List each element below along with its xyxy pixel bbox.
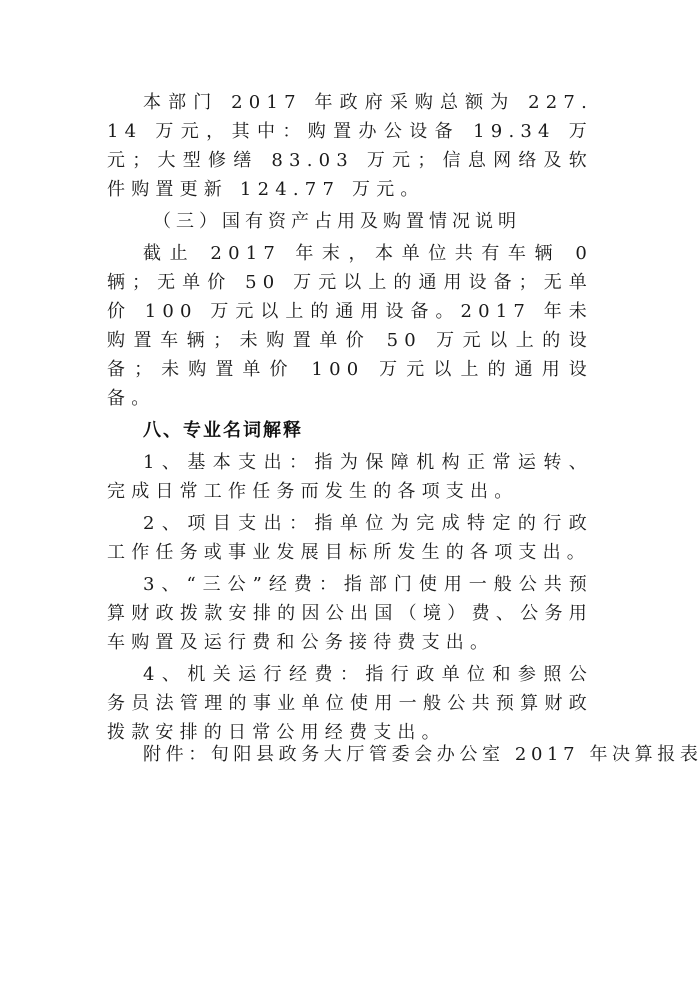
- term-basic-expenditure: 1、基本支出：指为保障机构正常运转、完成日常工作任务而发生的各项支出。: [107, 448, 593, 506]
- term-operating-expenses: 4、机关运行经费：指行政单位和参照公务员法管理的事业单位使用一般公共预算财政拨款…: [107, 660, 593, 747]
- term-project-expenditure: 2、项目支出：指单位为完成特定的行政工作任务或事业发展目标所发生的各项支出。: [107, 509, 593, 567]
- document-page: 本部门 2017 年政府采购总额为 227.14 万元，其中：购置办公设备 19…: [107, 88, 593, 750]
- procurement-paragraph: 本部门 2017 年政府采购总额为 227.14 万元，其中：购置办公设备 19…: [107, 88, 593, 204]
- attachment-note: 附件：旬阳县政务大厅管委会办公室 2017 年决算报表: [143, 740, 700, 769]
- term-three-public-expenses: 3、“三公”经费：指部门使用一般公共预算财政拨款安排的因公出国（境）费、公务用车…: [107, 570, 593, 657]
- section-eight-heading: 八、专业名词解释: [107, 416, 593, 445]
- assets-subheading: （三）国有资产占用及购置情况说明: [107, 207, 593, 236]
- assets-paragraph: 截止 2017 年末，本单位共有车辆 0 辆；无单价 50 万元以上的通用设备；…: [107, 239, 593, 413]
